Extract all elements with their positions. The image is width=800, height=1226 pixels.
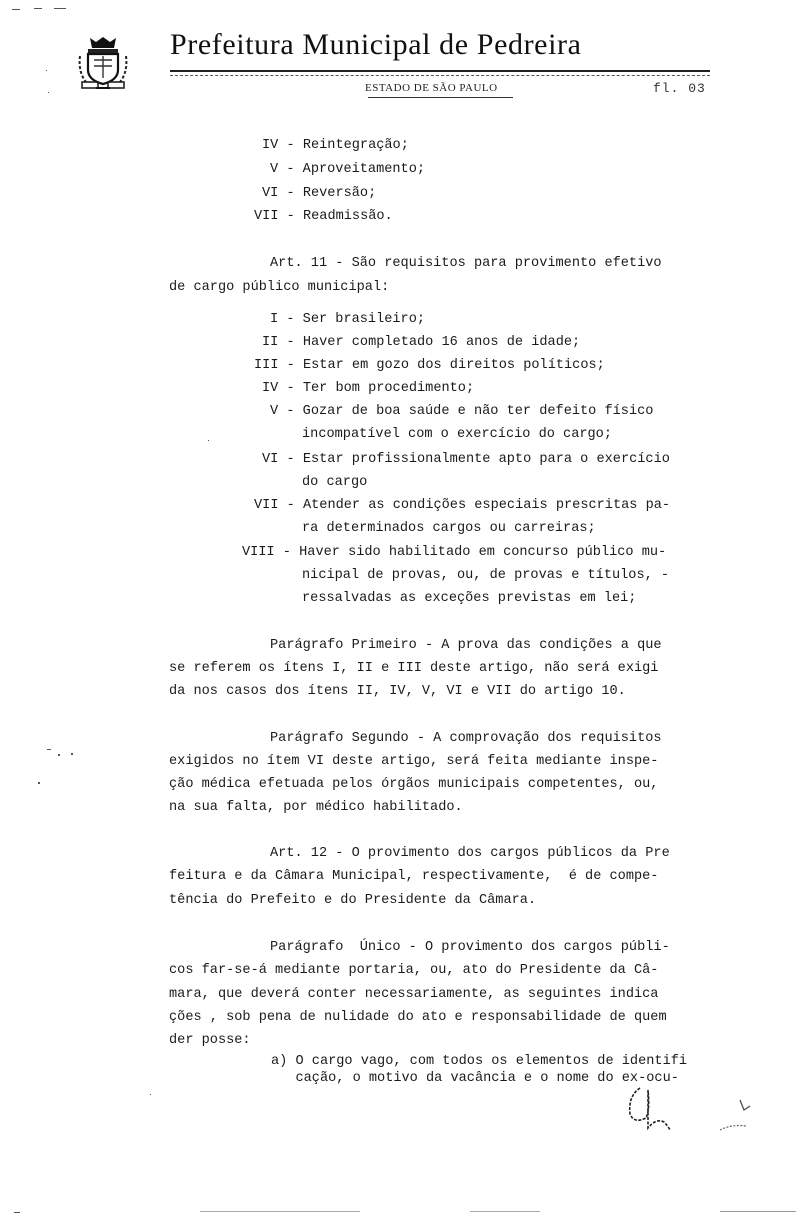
article-11-text: de cargo público municipal: (169, 280, 389, 295)
item-number: III (254, 358, 278, 373)
folio-number: fl. 03 (653, 81, 706, 96)
paragraph-unique-line: mara, que deverá conter necessariamente,… (169, 987, 658, 1002)
item-text: Aproveitamento; (303, 162, 425, 177)
item-text: Haver completado 16 anos de idade; (303, 335, 580, 350)
requirement-item: VI - Estar profissionalmente apto para o… (262, 452, 670, 467)
item-text: Atender as condições especiais prescrita… (303, 498, 670, 513)
item-text: Ser brasileiro; (303, 312, 425, 327)
item-a-line: cação, o motivo da vacância e o nome do … (271, 1071, 679, 1086)
scan-artifact (208, 440, 209, 441)
paragraph-first-line: Parágrafo Primeiro - A prova das condiçõ… (270, 638, 662, 653)
item-number: IV (262, 138, 278, 153)
paragraph-unique-line: der posse: (169, 1033, 251, 1048)
municipal-coat-of-arms-icon (76, 34, 130, 92)
item-text: Haver sido habilitado em concurso públic… (299, 545, 666, 560)
requirement-item-continuation: do cargo (302, 475, 367, 490)
scan-artifact (47, 749, 51, 750)
item-number: VI (262, 186, 278, 201)
scan-artifact (200, 1211, 360, 1212)
title-underline (170, 70, 710, 76)
paragraph-first-line: se referem os ítens I, II e III deste ar… (169, 661, 658, 676)
scan-artifact (470, 1211, 540, 1212)
item-number: V (270, 404, 278, 419)
scan-artifact (58, 754, 60, 756)
scan-artifact (12, 9, 20, 10)
requirement-item: VII - Atender as condições especiais pre… (254, 498, 670, 513)
paragraph-second-line: Parágrafo Segundo - A comprovação dos re… (270, 731, 662, 746)
item-text: Reversão; (303, 186, 376, 201)
item-text: Gozar de boa saúde e não ter defeito fís… (303, 404, 654, 419)
scan-artifact (48, 92, 49, 93)
item-number: VII (254, 498, 278, 513)
requirement-item: I - Ser brasileiro; (270, 312, 425, 327)
article-12-line: Art. 12 - O provimento dos cargos públic… (270, 846, 670, 861)
list-item: V - Aproveitamento; (270, 162, 425, 177)
paragraph-unique-line: Parágrafo Único - O provimento dos cargo… (270, 940, 670, 955)
scan-artifact (150, 1094, 151, 1095)
document-page: Prefeitura Municipal de Pedreira ESTADO … (0, 0, 800, 1226)
item-number: I (270, 312, 278, 327)
list-item: VII - Readmissão. (254, 209, 393, 224)
item-number: IV (262, 381, 278, 396)
paragraph-second-line: exigidos no ítem VI deste artigo, será f… (169, 754, 658, 769)
scan-artifact (34, 8, 42, 9)
page-title: Prefeitura Municipal de Pedreira (170, 28, 582, 62)
requirement-item-continuation: nicipal de provas, ou, de provas e títul… (302, 568, 669, 583)
requirement-item-continuation: ra determinados cargos ou carreiras; (302, 521, 596, 536)
list-item: IV - Reintegração; (262, 138, 409, 153)
scan-artifact (14, 1212, 20, 1213)
item-number: VIII (242, 545, 275, 560)
subtitle-underline (368, 97, 513, 98)
scan-artifact (54, 8, 66, 9)
item-text: Estar em gozo dos direitos políticos; (303, 358, 605, 373)
state-subtitle: ESTADO DE SÃO PAULO (365, 82, 498, 94)
scan-artifact (71, 753, 73, 755)
paragraph-second-line: na sua falta, por médico habilitado. (169, 800, 463, 815)
paragraph-first-line: da nos casos dos ítens II, IV, V, VI e V… (169, 684, 626, 699)
item-number: VI (262, 452, 278, 467)
scan-artifact (720, 1211, 796, 1212)
paragraph-unique-line: cos far-se-á mediante portaria, ou, ato … (169, 963, 658, 978)
item-text: Estar profissionalmente apto para o exer… (303, 452, 670, 467)
handwritten-initials-icon (620, 1078, 770, 1138)
item-text: Readmissão. (303, 209, 393, 224)
item-number: II (262, 335, 278, 350)
article-12-line: tência do Prefeito e do Presidente da Câ… (169, 893, 536, 908)
item-number: VII (254, 209, 278, 224)
scan-artifact (46, 70, 47, 71)
requirement-item: III - Estar em gozo dos direitos polític… (254, 358, 605, 373)
requirement-item: IV - Ter bom procedimento; (262, 381, 474, 396)
item-text: Ter bom procedimento; (303, 381, 474, 396)
article-12-line: feitura e da Câmara Municipal, respectiv… (169, 869, 658, 884)
requirement-item-continuation: incompatível com o exercício do cargo; (302, 427, 612, 442)
requirement-item-continuation: ressalvadas as exceções previstas em lei… (302, 591, 636, 606)
requirement-item: II - Haver completado 16 anos de idade; (262, 335, 580, 350)
requirement-item: VIII - Haver sido habilitado em concurso… (242, 545, 666, 560)
list-item: VI - Reversão; (262, 186, 376, 201)
item-number: V (270, 162, 278, 177)
requirement-item: V - Gozar de boa saúde e não ter defeito… (270, 404, 653, 419)
scan-artifact (38, 782, 40, 784)
paragraph-unique-line: ções , sob pena de nulidade do ato e res… (169, 1010, 667, 1025)
item-a-line: a) O cargo vago, com todos os elementos … (271, 1054, 687, 1069)
paragraph-second-line: ção médica efetuada pelos órgãos municip… (169, 777, 658, 792)
item-text: Reintegração; (303, 138, 409, 153)
article-11-heading: Art. 11 - São requisitos para provimento… (270, 256, 662, 271)
